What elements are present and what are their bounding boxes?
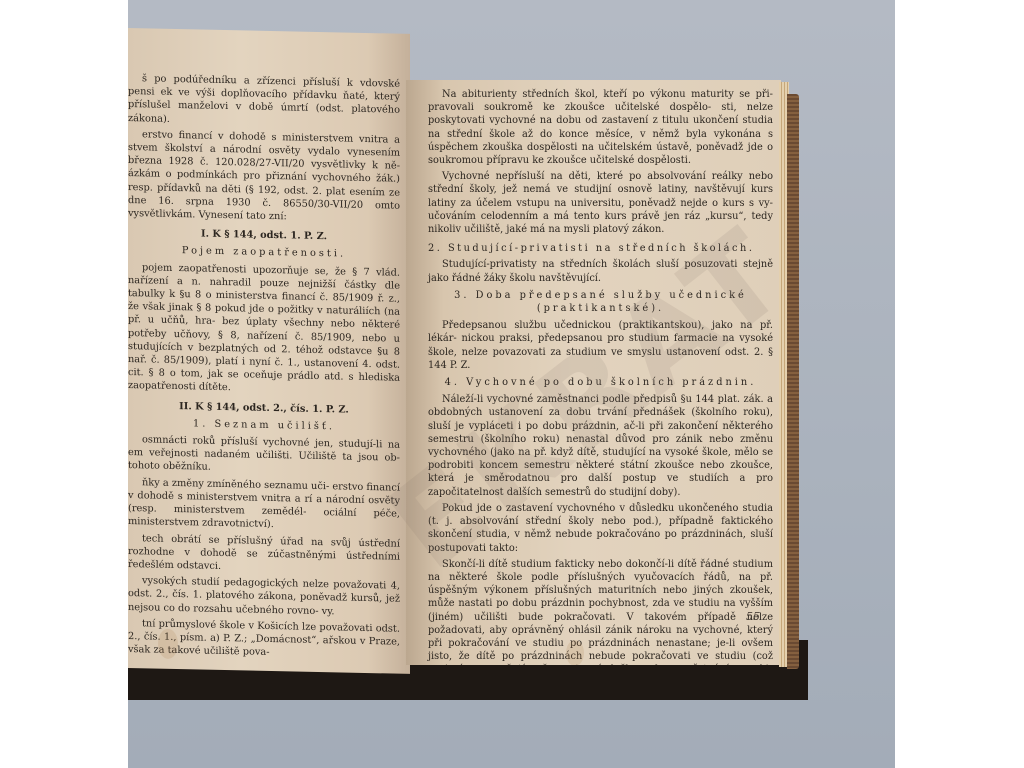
left-paragraph: vysokých studií pedagogických nelze pova… [128,574,400,619]
page-number: 55 [746,610,760,623]
left-paragraph: pojem zaopatřenosti upozorňuje se, že § … [128,261,400,399]
paper-stain [566,640,584,665]
left-subheading: 1. Seznam učilišť. [128,416,400,435]
left-paragraph: erstvo financí v dohodě s ministerstvem … [128,128,400,226]
paper-stain [158,629,178,659]
left-page-text: š po podúředníku a zřízenci přísluší k v… [128,72,400,665]
left-paragraph: osmnácti roků přísluší vychovné jen, stu… [128,433,400,478]
book-cover-edge [787,94,799,669]
book-photo: š po podúředníku a zřízenci přísluší k v… [128,0,895,768]
right-paragraph: Na abiturienty středních škol, kteří po … [428,88,773,167]
right-paragraph: Skončí-li dítě studium fakticky nebo dok… [428,558,773,665]
left-section-heading: I. K § 144, odst. 1. P. Z. [128,226,400,245]
left-subheading: Pojem zaopatřenosti. [128,243,400,262]
left-paragraph: tech obrátí se příslušný úřad na svůj ús… [128,532,400,577]
left-paragraph: ňky a změny zmíněného seznamu uči- erstv… [128,476,400,535]
left-paragraph: š po podúředníku a zřízenci přísluší k v… [128,72,400,131]
left-section-heading: II. K § 144, odst. 2., čís. 1. P. Z. [128,399,400,418]
left-page: š po podúředníku a zřízenci přísluší k v… [128,28,410,674]
